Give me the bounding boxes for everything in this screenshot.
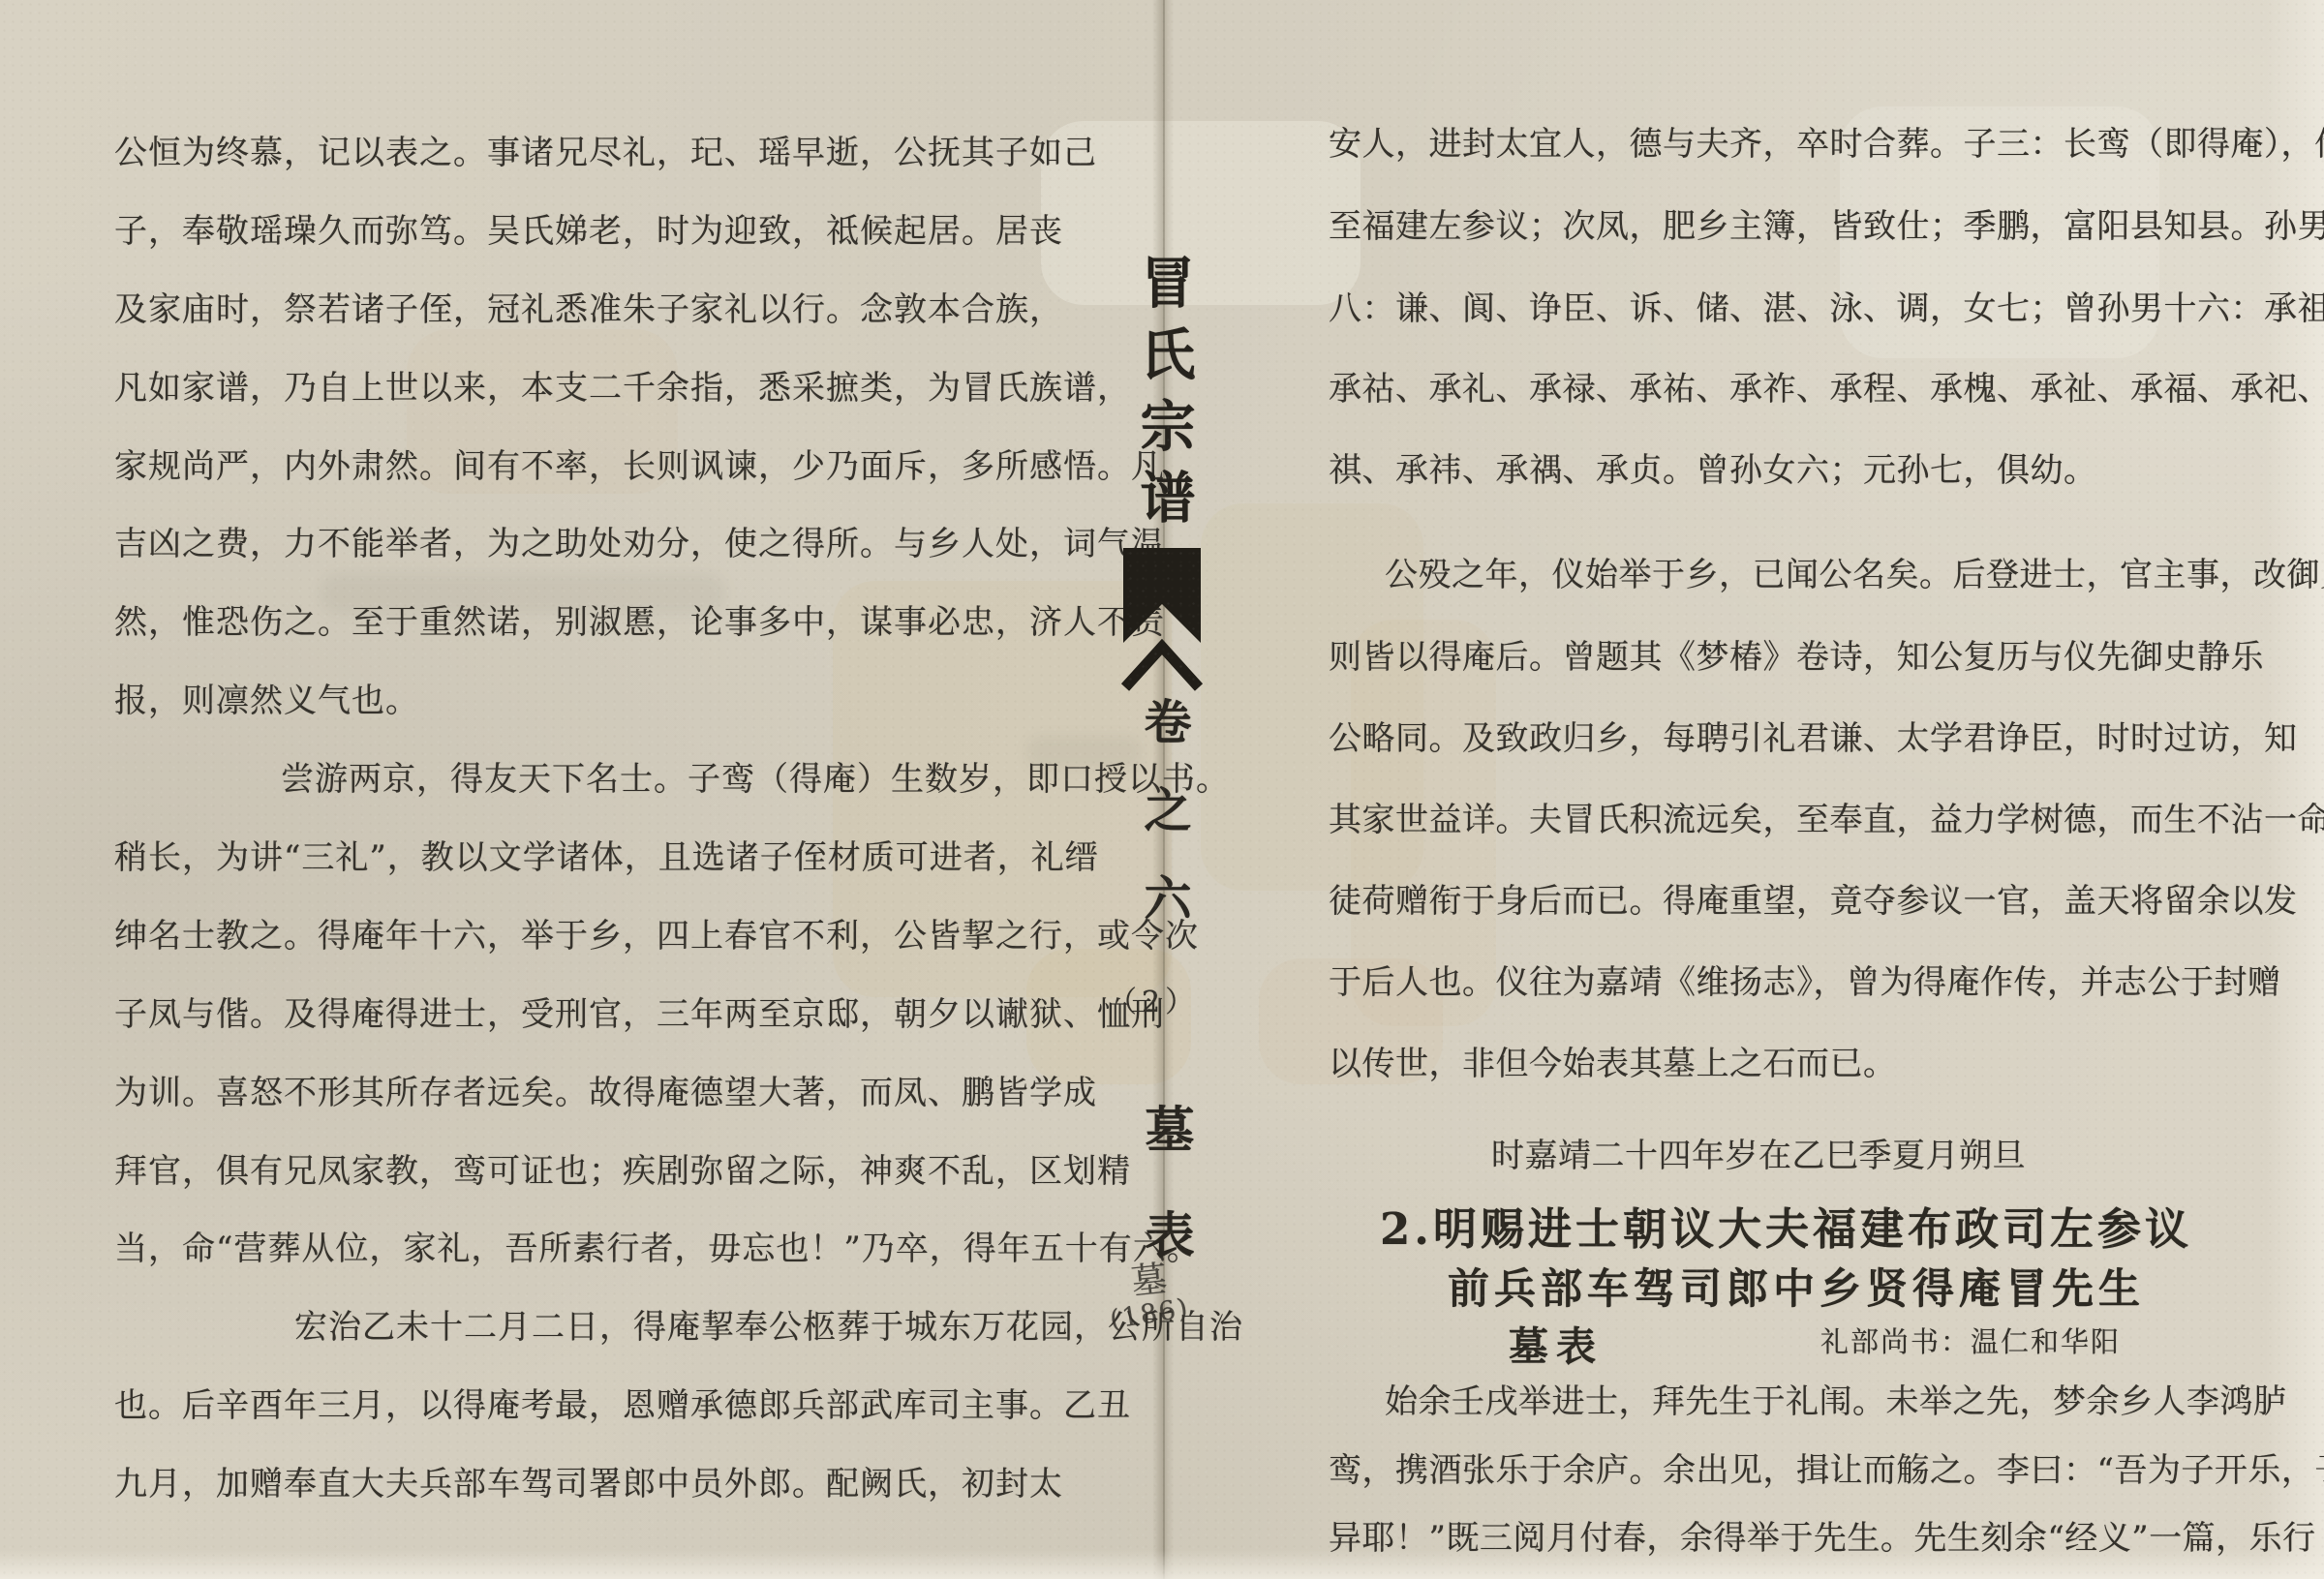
manuscript-line: 至福建左参议；次凤，肥乡主簿，皆致仕；季鹏，富阳县知县。孙男 — [1329, 210, 2324, 243]
manuscript-line: 鸾，携酒张乐于余庐。余出见，揖让而觞之。李曰：“吾为子开乐，子独 — [1329, 1454, 2324, 1487]
manuscript-line: 八：谦、阆、诤臣、诉、储、湛、泳、调，女七；曾孙男十六：承祖、承祥、 — [1329, 292, 2324, 325]
sheet-number: （2） — [1108, 978, 1199, 1020]
manuscript-line: 绅名士教之。得庵年十六，举于乡，四上春官不利，公皆挈之行，或令次 — [114, 897, 1015, 976]
manuscript-line: 九月，加赠奉直大夫兵部车驾司署郎中员外郎。配阙氏，初封太 — [114, 1445, 1015, 1524]
manuscript-line: 及家庙时，祭若诸子侄，冠礼悉准朱子家礼以行。念敦本合族， — [114, 271, 1015, 349]
manuscript-line: 为训。喜怒不形其所存者远矣。故得庵德望大著，而凤、鹏皆学成 — [114, 1054, 1015, 1133]
manuscript-line: 报，则凛然义气也。 — [114, 662, 1015, 741]
manuscript-line: 于后人也。仪往为嘉靖《维扬志》，曾为得庵作传，并志公于封赠 — [1329, 966, 2281, 999]
manuscript-line: 异耶！”既三阅月付春，余得举于先生。先生刻余“经义”一篇，乐行 — [1329, 1522, 2316, 1555]
manuscript-line: 拜官，俱有兄凤家教，鸾可证也；疾剧弥留之际，神爽不乱，区划精 — [114, 1133, 1015, 1211]
manuscript-line: 徒荷赠衔于身后而已。得庵重望，竟夺参议一官，盖天将留余以发 — [1329, 885, 2298, 918]
manuscript-line: 公殁之年，仪始举于乡，已闻公名矣。后登进士，官主事，改御史， — [1385, 559, 2324, 592]
epitaph-heading-line2: 前兵部车驾司郎中乡贤得庵冒先生 — [1448, 1269, 2145, 1311]
manuscript-line: 稍长，为讲“三礼”，教以文学诸体，且选诸子侄材质可进者，礼缙 — [114, 819, 1015, 897]
manuscript-line: 安人，进封太宜人，德与夫齐，卒时合葬。子三：长鸾（即得庵），仕 — [1329, 128, 2324, 161]
ribbon-bookmark-icon — [1119, 548, 1205, 695]
manuscript-line: 尝游两京，得友天下名士。子鸾（得庵）生数岁，即口授以书。 — [114, 741, 1015, 819]
manuscript-line: 承祜、承礼、承禄、承祐、承祚、承程、承槐、承祉、承福、承祀、承 — [1329, 373, 2324, 406]
date-line: 时嘉靖二十四年岁在乙巳季夏月朔旦 — [1491, 1139, 2026, 1172]
manuscript-line: 祺、承祎、承禑、承贞。曾孙女六；元孙七，俱幼。 — [1329, 454, 2097, 487]
manuscript-line: 其家世益详。夫冒氏积流远矣，至奉直，益力学树德，而生不沾一命， — [1329, 804, 2324, 836]
manuscript-line: 吉凶之费，力不能举者，为之助处劝分，使之得所。与乡人处，词气温 — [114, 505, 1015, 584]
manuscript-line: 家规尚严，内外肃然。间有不率，长则讽谏，少乃面斥，多所感悟。凡 — [114, 428, 1015, 506]
manuscript-line: 宏治乙未十二月二日，得庵挈奉公柩葬于城东万花园，公所自治 — [114, 1289, 1015, 1367]
left-page-text-block: 公恒为终慕，记以表之。事诸兄尽礼，玘、瑶早逝，公抚其子如己 子，奉敬瑶璪久而弥笃… — [114, 114, 1015, 1524]
manuscript-line: 凡如家谱，乃自上世以来，本支二千余指，悉采摭类，为冒氏族谱， — [114, 349, 1015, 428]
manuscript-line: 然，惟恐伤之。至于重然诺，别淑慝，论事多中，谋事必忠，济人不责 — [114, 584, 1015, 662]
manuscript-line: 公恒为终慕，记以表之。事诸兄尽礼，玘、瑶早逝，公抚其子如己 — [114, 114, 1015, 193]
manuscript-scan: 公恒为终慕，记以表之。事诸兄尽礼，玘、瑶早逝，公抚其子如己 子，奉敬瑶璪久而弥笃… — [0, 0, 2324, 1579]
manuscript-line: 则皆以得庵后。曾题其《梦椿》卷诗，知公复历与仪先御史静乐 — [1329, 641, 2264, 674]
author-attribution: 礼部尚书：温仁和华阳 — [1820, 1328, 2121, 1356]
manuscript-line: 子，奉敬瑶璪久而弥笃。吴氏娣老，时为迎致，祗候起居。居丧 — [114, 193, 1015, 271]
manuscript-line: 公略同。及致政归乡，每聘引礼君谦、太学君诤臣，时时过访，知 — [1329, 722, 2298, 755]
spine-volume-label: 卷之六 — [1131, 697, 1199, 961]
manuscript-line: 也。后辛酉年三月，以得庵考最，恩赠承德郎兵部武库司主事。乙丑 — [114, 1367, 1015, 1445]
manuscript-line: 以传世，非但今始表其墓上之石而已。 — [1329, 1048, 1897, 1080]
epitaph-heading-line3: 墓表 — [1509, 1327, 1604, 1367]
manuscript-line: 当，命“营葬从位，家礼，吾所素行者，毋忘也！”乃卒，得年五十有六。 — [114, 1210, 1015, 1289]
manuscript-line: 子凤与偕。及得庵得进士，受刑官，三年两至京邸，朝夕以谳狱、恤刑 — [114, 976, 1015, 1054]
epitaph-heading-line1: 2.明赐进士朝议大夫福建布政司左参议 — [1380, 1207, 2192, 1251]
spine-book-title: 冒氏宗谱 — [1123, 254, 1203, 540]
manuscript-line: 始余壬戌举进士，拜先生于礼闱。未举之先，梦余乡人李鸿胪 — [1385, 1385, 2287, 1418]
